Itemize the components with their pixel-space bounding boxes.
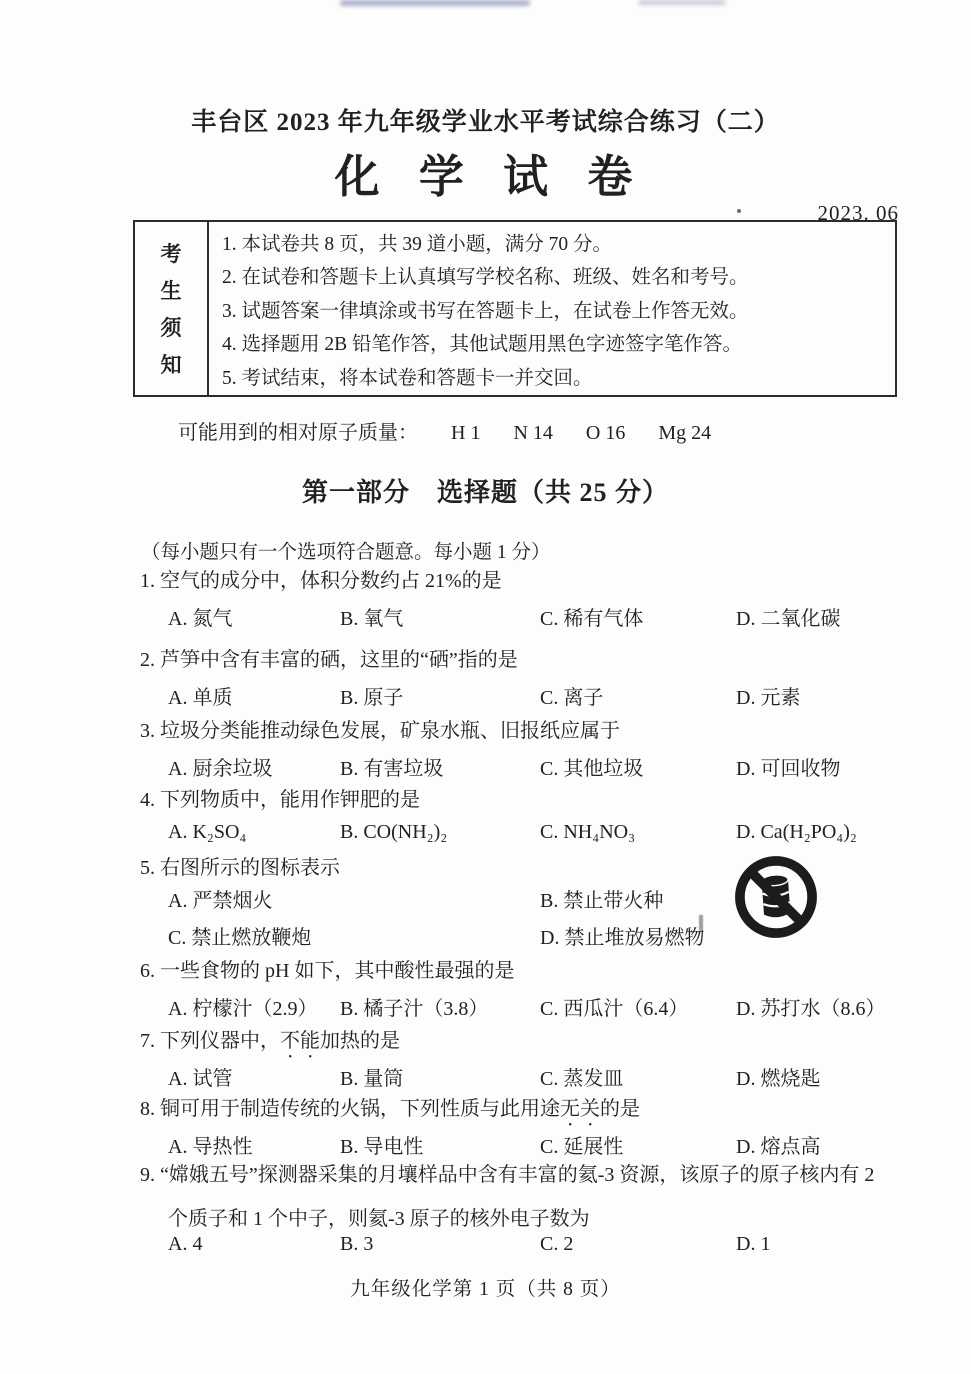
- question-text: 4. 下列物质中，能用作钾肥的是: [140, 785, 955, 815]
- question-text: 1. 空气的成分中，体积分数约占 21%的是: [140, 566, 955, 596]
- question-text: 2. 芦笋中含有丰富的硒，这里的“硒”指的是: [140, 645, 955, 675]
- emphasized-text: 无关: [560, 1098, 600, 1120]
- question-8: 8. 铜可用于制造传统的火锅，下列性质与此用途无关的是A. 导热性B. 导电性C…: [140, 1094, 955, 1131]
- question-text: 3. 垃圾分类能推动绿色发展，矿泉水瓶、旧报纸应属于: [140, 716, 955, 746]
- option-B: B. 有害垃圾: [340, 752, 443, 781]
- question-text: 7. 下列仪器中，不能加热的是: [140, 1026, 955, 1063]
- option-A: A. 导热性: [168, 1130, 252, 1159]
- question-text: 6. 一些食物的 pH 如下，其中酸性最强的是: [140, 956, 955, 986]
- option-D: D. 元素: [736, 681, 800, 710]
- option-D: D. 1: [736, 1233, 770, 1256]
- option-B: B. 量筒: [340, 1062, 403, 1091]
- option-C: C. 离子: [540, 681, 603, 710]
- option-A: A. 单质: [168, 681, 232, 710]
- question-text: 9. “嫦娥五号”探测器采集的月壤样品中含有丰富的氦-3 资源，该原子的原子核内…: [140, 1160, 955, 1190]
- option-C: C. 2: [540, 1233, 573, 1256]
- option-C: C. 稀有气体: [540, 602, 643, 631]
- option-B: B. 原子: [340, 681, 403, 710]
- option-C: C. 其他垃圾: [540, 752, 643, 781]
- option-D: D. 苏打水（8.6）: [736, 992, 885, 1021]
- option-D: D. 熔点高: [736, 1130, 820, 1159]
- question-7: 7. 下列仪器中，不能加热的是A. 试管B. 量筒C. 蒸发皿D. 燃烧匙: [140, 1026, 955, 1063]
- option-B: B. 氧气: [340, 602, 403, 631]
- option-D: D. Ca(H₂PO₄)₂: [736, 821, 857, 844]
- option-C: C. 延展性: [540, 1130, 623, 1159]
- question-text: 8. 铜可用于制造传统的火锅，下列性质与此用途无关的是: [140, 1094, 955, 1131]
- question-6: 6. 一些食物的 pH 如下，其中酸性最强的是A. 柠檬汁（2.9）B. 橘子汁…: [140, 956, 955, 986]
- option-A: A. 试管: [168, 1062, 232, 1091]
- option-B: B. 橘子汁（3.8）: [340, 992, 488, 1021]
- questions-area: 1. 空气的成分中，体积分数约占 21%的是A. 氮气B. 氧气C. 稀有气体D…: [0, 0, 971, 1374]
- question-1: 1. 空气的成分中，体积分数约占 21%的是A. 氮气B. 氧气C. 稀有气体D…: [140, 566, 955, 596]
- question-text-continued: 个质子和 1 个中子，则氦-3 原子的核外电子数为: [168, 1202, 590, 1231]
- option-A: A. 氮气: [168, 602, 232, 631]
- option-C: C. 蒸发皿: [540, 1062, 623, 1091]
- emphasized-text: 不能: [280, 1030, 320, 1052]
- option-B: B. 禁止带火种: [540, 884, 663, 913]
- option-D: D. 燃烧匙: [736, 1062, 820, 1091]
- prohibition-sign-barrel-icon: [732, 853, 820, 941]
- option-B: B. 导电性: [340, 1130, 423, 1159]
- option-C: C. 西瓜汁（6.4）: [540, 992, 688, 1021]
- question-2: 2. 芦笋中含有丰富的硒，这里的“硒”指的是A. 单质B. 原子C. 离子D. …: [140, 645, 955, 675]
- question-9: 9. “嫦娥五号”探测器采集的月壤样品中含有丰富的氦-3 资源，该原子的原子核内…: [140, 1160, 955, 1190]
- page-footer: 九年级化学第 1 页（共 8 页）: [0, 1273, 971, 1301]
- option-C: C. 禁止燃放鞭炮: [168, 921, 311, 950]
- question-5: 5. 右图所示的图标表示A. 严禁烟火B. 禁止带火种C. 禁止燃放鞭炮D. 禁…: [140, 853, 955, 883]
- option-D: D. 禁止堆放易燃物: [540, 921, 704, 950]
- option-A: A. 厨余垃圾: [168, 752, 272, 781]
- option-A: A. 严禁烟火: [168, 884, 272, 913]
- option-C: C. NH₄NO₃: [540, 821, 635, 844]
- question-text: 5. 右图所示的图标表示: [140, 853, 955, 883]
- option-A: A. 4: [168, 1233, 202, 1256]
- option-A: A. K₂SO₄: [168, 821, 246, 844]
- option-D: D. 可回收物: [736, 752, 840, 781]
- question-4: 4. 下列物质中，能用作钾肥的是A. K₂SO₄B. CO(NH₂)₂C. NH…: [140, 785, 955, 815]
- option-B: B. CO(NH₂)₂: [340, 821, 447, 844]
- question-3: 3. 垃圾分类能推动绿色发展，矿泉水瓶、旧报纸应属于A. 厨余垃圾B. 有害垃圾…: [140, 716, 955, 746]
- exam-paper-page: 丰台区 2023 年九年级学业水平考试综合练习（二） 化 学 试 卷 2023.…: [0, 0, 971, 1374]
- option-A: A. 柠檬汁（2.9）: [168, 992, 317, 1021]
- option-D: D. 二氧化碳: [736, 602, 840, 631]
- option-B: B. 3: [340, 1233, 373, 1256]
